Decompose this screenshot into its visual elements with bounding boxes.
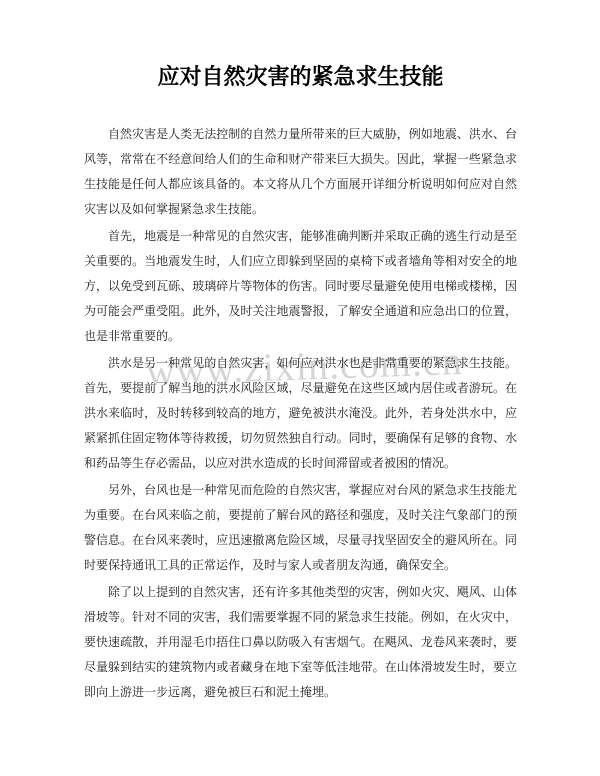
paragraph-other-disasters: 除了以上提到的自然灾害，还有许多其他类型的灾害，例如火灾、飓风、山体滑坡等。针对…: [84, 580, 517, 705]
paragraph-typhoon: 另外，台风也是一种常见而危险的自然灾害，掌握应对台风的紧急求生技能尤为重要。在台…: [84, 478, 517, 578]
paragraph-flood: 洪水是另一种常见的自然灾害，如何应对洪水也是非常重要的紧急求生技能。首先，要提前…: [84, 351, 517, 476]
paragraph-earthquake: 首先，地震是一种常见的自然灾害，能够准确判断并采取正确的逃生行动是至关重要的。当…: [84, 224, 517, 349]
document-title: 应对自然灾害的紧急求生技能: [84, 62, 517, 92]
paragraph-intro: 自然灾害是人类无法控制的自然力量所带来的巨大威胁，例如地震、洪水、台风等，常常在…: [84, 122, 517, 222]
document-page: www.zixin.com.cn 应对自然灾害的紧急求生技能 自然灾害是人类无法…: [0, 0, 600, 776]
